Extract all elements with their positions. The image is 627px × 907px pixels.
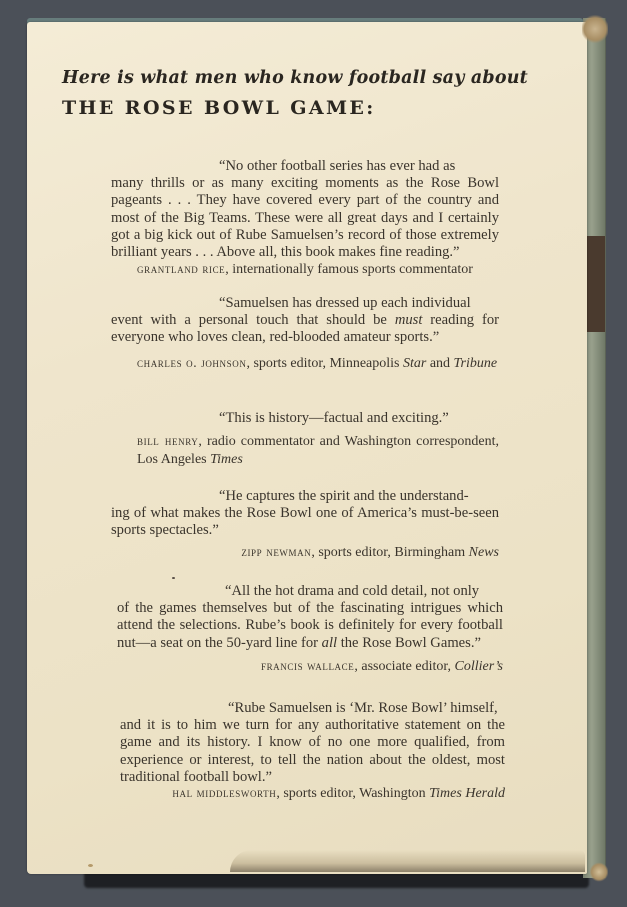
blurb-quote-1: “No other football series has ever had a…	[111, 158, 499, 261]
blurb-attribution-5: Francis Wallace, associate editor, Colli…	[217, 657, 503, 676]
paper-speck	[172, 577, 175, 579]
blurb-attribution-4: Zipp Newman, sports editor, Birmingham N…	[217, 543, 499, 562]
blurb-quote-3: “This is history—factual and exciting.”	[111, 410, 499, 427]
blurb-quote-2: “Samuelsen has dressed up each individua…	[111, 295, 499, 347]
blurb-attribution-1: Grantland Rice, internationally famous s…	[137, 260, 499, 279]
headline-intro: Here is what men who know football say a…	[62, 68, 528, 88]
author-name: Bill Henry	[137, 433, 198, 448]
blurb-quote-5: “All the hot drama and cold detail, not …	[117, 583, 503, 652]
blurb-attribution-2: Charles O. Johnson, sports editor, Minne…	[137, 354, 499, 373]
headline-title: THE ROSE BOWL GAME:	[62, 97, 376, 119]
blurb-quote-4: “He captures the spirit and the understa…	[111, 488, 499, 540]
blurb-quote-6: “Rube Samuelsen is ‘Mr. Rose Bowl’ himse…	[120, 700, 505, 786]
paper-speck	[88, 864, 93, 867]
author-name: Francis Wallace	[261, 658, 354, 673]
author-name: Charles O. Johnson	[137, 355, 246, 370]
author-name: Zipp Newman	[241, 544, 311, 559]
blurb-attribution-3: Bill Henry, radio commentator and Washin…	[137, 432, 499, 468]
author-name: Grantland Rice	[137, 261, 225, 276]
cover-text: Here is what men who know football say a…	[0, 0, 627, 907]
author-name: Hal Middlesworth	[172, 785, 276, 800]
blurb-attribution-6: Hal Middlesworth, sports editor, Washing…	[143, 784, 505, 803]
